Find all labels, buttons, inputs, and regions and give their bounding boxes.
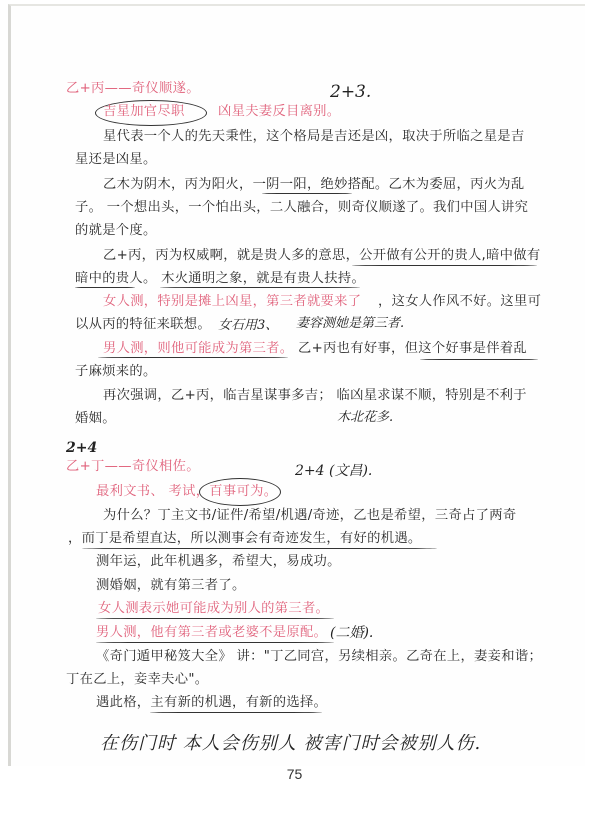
section-title-yi-bing: 乙+丙——奇仪顺遂。 bbox=[66, 80, 200, 98]
paragraph-line: 丁在乙上，妾幸夫心"。 bbox=[66, 671, 208, 689]
ink-underline bbox=[352, 265, 537, 266]
paragraph-line: ，而丁是希望直达，所以测事会有奇迹发生，有好的机遇。 bbox=[68, 530, 422, 548]
ink-underline bbox=[82, 548, 437, 549]
handwritten-code: 2+4 (文昌). bbox=[295, 460, 372, 480]
ink-underline bbox=[96, 642, 334, 643]
paragraph-line: 测年运，此年机遇多，希望大，易成功。 bbox=[96, 553, 341, 571]
paragraph-line: 的就是个度。 bbox=[75, 222, 157, 240]
paragraph-line: 星代表一个人的先天秉性，这个格局是吉还是凶，取决于所临之星是吉 bbox=[103, 128, 525, 146]
paragraph-line: 子。 一个想出头，一个怕出头，二人融合，则奇仪顺遂了。我们中国人讲究 bbox=[75, 199, 528, 217]
paragraph-line: 为什么？丁主文书/证件/希望/机遇/奇迹，乙也是希望，三奇占了两奇 bbox=[103, 507, 516, 525]
ink-underline bbox=[75, 287, 135, 288]
red-highlight-text: 男人测，则他可能成为第三者。 bbox=[103, 340, 293, 358]
paragraph-line: 以从丙的特征来联想。 bbox=[75, 316, 211, 334]
paragraph-line: 乙+丙也有好事，但这个好事是伴着乱 bbox=[298, 340, 527, 358]
paragraph-line: 《奇门遁甲秘笈大全》 讲："丁乙同宫，另续相亲。乙奇在上，妻妾和谐； bbox=[96, 648, 542, 666]
subtitle-auspicious-star: 吉星加官尽职 bbox=[103, 103, 185, 121]
paragraph-line: 再次强调，乙+丙，临吉星谋事多吉； 临凶星求谋不顺，特别是不利于 bbox=[103, 387, 527, 405]
ink-underline bbox=[150, 712, 322, 713]
handwritten-code: 2+3. bbox=[330, 82, 371, 102]
subtitle-inauspicious-star: 凶星夫妻反目离别。 bbox=[218, 103, 340, 121]
page-number: 75 bbox=[0, 766, 589, 782]
ink-underline bbox=[98, 357, 288, 358]
ink-underline bbox=[96, 618, 334, 619]
paragraph-line: 测婚姻，就有第三者了。 bbox=[96, 577, 246, 595]
paragraph-line: 乙木为阴木，丙为阳火，一阴一阳，绝妙搭配。乙木为委屈，丙火为乱 bbox=[103, 176, 525, 194]
paragraph-line: 乙+丙，丙为权威啊，就是贵人多的意思，公开做有公开的贵人,暗中做有 bbox=[103, 247, 540, 265]
handwritten-mark: 2+4 bbox=[66, 440, 97, 456]
red-highlight-text: 女人测，特别是摊上凶星，第三者就要来了 bbox=[103, 293, 361, 311]
ink-underline bbox=[420, 359, 538, 360]
ink-circle bbox=[199, 478, 281, 506]
handwritten-footer-note: 在伤门时 本人会伤别人 被害门时会被别人伤. bbox=[100, 729, 481, 755]
handwritten-note: 木北花多. bbox=[337, 406, 393, 425]
ink-underline bbox=[262, 193, 352, 194]
paragraph-line: 婚姻。 bbox=[75, 410, 116, 428]
red-highlight-text: 女人测表示她可能成为别人的第三者。 bbox=[98, 600, 329, 618]
handwritten-note: 女石用3、 bbox=[218, 314, 278, 333]
paragraph-line: 暗中的贵人。 木火通明之象，就是有贵人扶持。 bbox=[75, 270, 365, 288]
ink-underline bbox=[160, 287, 360, 288]
handwritten-note: (二婚). bbox=[330, 622, 373, 642]
paragraph-line: 星还是凶星。 bbox=[75, 151, 157, 169]
handwritten-note: 妻容测她是第三者. bbox=[296, 312, 404, 331]
paragraph-line: ，这女人作风不好。这里可 bbox=[378, 293, 541, 311]
red-highlight-text: 男人测，他有第三者或老婆不是原配。 bbox=[96, 624, 327, 642]
section-title-yi-ding: 乙+丁——奇仪相佐。 bbox=[66, 458, 200, 476]
paragraph-line: 子麻烦来的。 bbox=[75, 363, 157, 381]
paragraph-line: 遇此格，主有新的机遇，有新的选择。 bbox=[96, 694, 327, 712]
